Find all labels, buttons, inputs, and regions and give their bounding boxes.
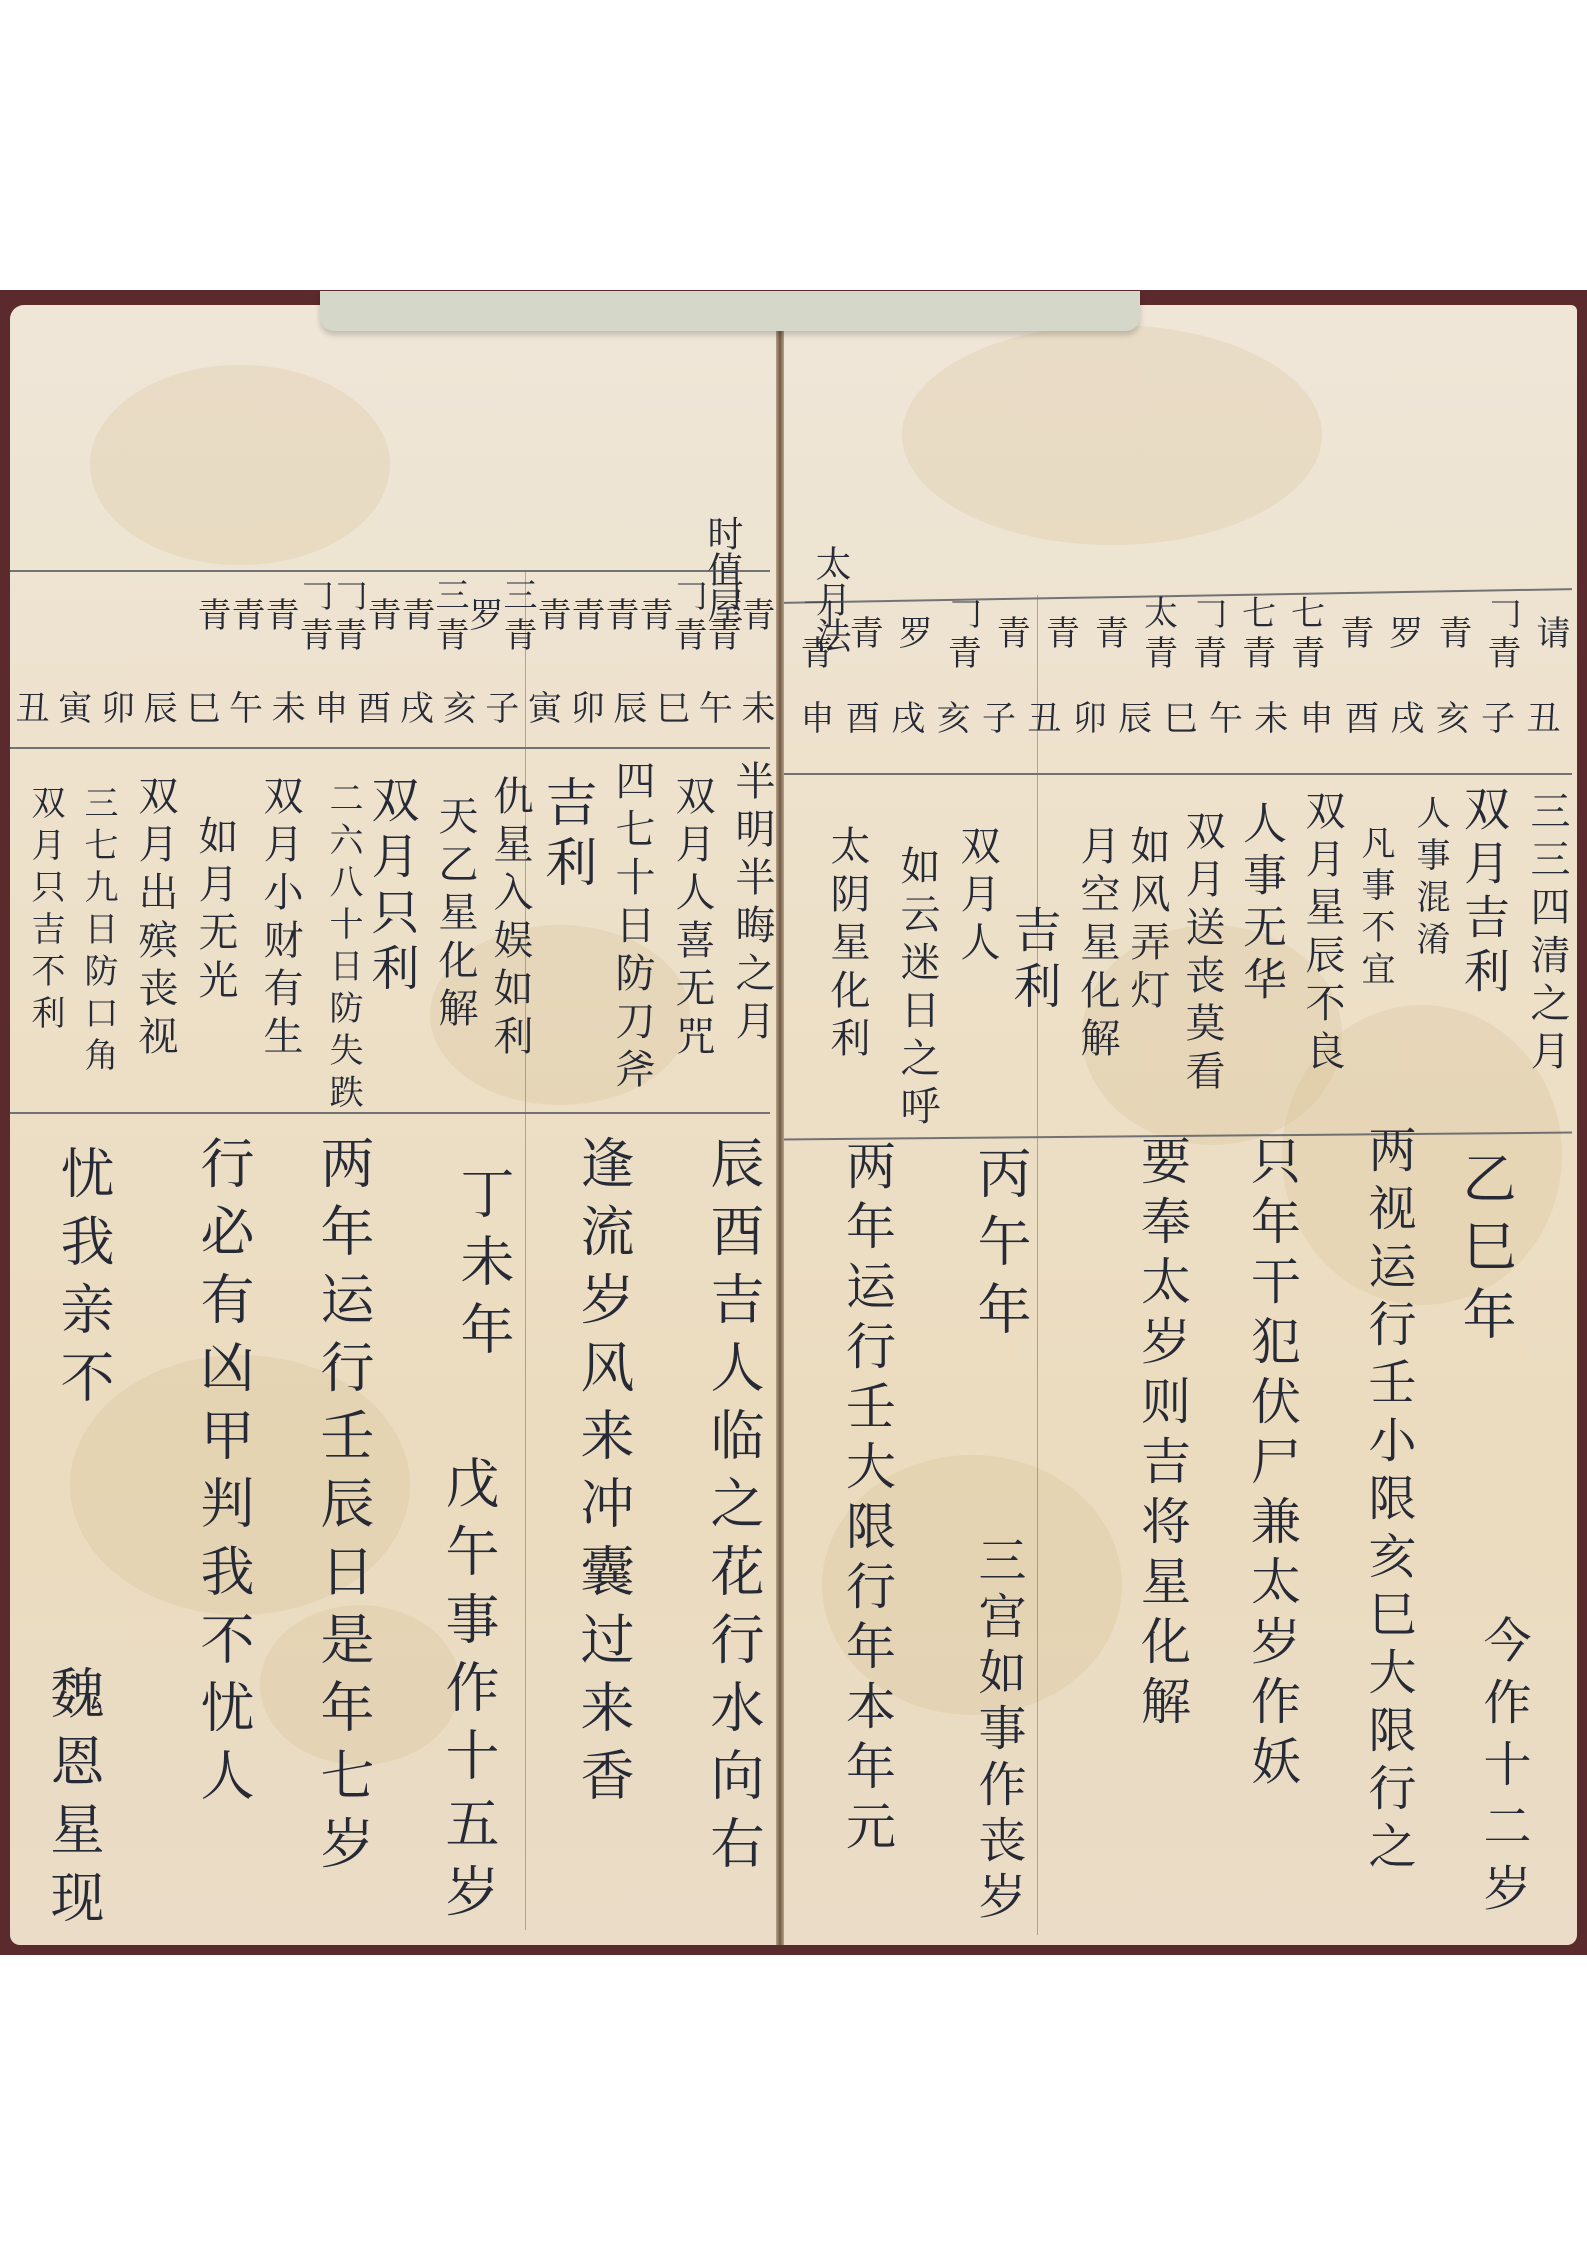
main-column: 魏恩星现 [46,1665,100,1937]
left-page: 时值屋 青𠃌青𠃌青青青青青三青罗三青青青𠃌青𠃌青青青青 未午巳辰卯寅子亥戌酉申未… [10,305,780,1945]
note-column: 双月送丧莫看 [1182,810,1222,1098]
main-column: 今作十二岁 [1479,1615,1527,1925]
main-column: 两年运行壬大限行年本年元 [842,1140,892,1860]
main-column: 逢流岁风来冲囊过来香 [576,1135,630,1815]
note-column: 如风弄灯 [1127,825,1167,1017]
note-column: 人事无华 [1238,800,1282,1008]
main-column: 丁未年 [456,1165,510,1369]
main-column: 行必有凶甲判我不忧人 [196,1135,250,1815]
note-column: 如云迷日之呼 [897,845,937,1133]
main-column: 戊午事作十五岁 [441,1455,495,1931]
note-column: 人事混淆 [1413,795,1447,963]
left-header-branches: 未午巳辰卯寅子亥戌酉申未午巳辰卯寅丑 [12,690,772,730]
header-top-rule [10,570,770,572]
note-column: 如月无光 [195,815,235,1007]
note-column: 仇星入娱如利 [490,775,530,1063]
left-header-stems: 青𠃌青𠃌青青青青青三青罗三青青青𠃌青𠃌青青青青 [12,577,772,657]
right-header-stems: 请𠃌青青罗青七青七青𠃌青太青青青青𠃌青罗青𠃌青 [797,595,1567,675]
column-divider [1037,595,1038,1935]
right-page: 太月法 请𠃌青青罗青七青七青𠃌青太青青青青𠃌青罗青𠃌青 丑子亥戌酉申未午巳辰卯丑… [782,305,1577,1945]
note-column: 双月只吉不利 [28,785,62,1037]
bookmark-strip [320,291,1140,331]
note-column: 双月只利 [367,775,415,999]
note-column: 二六八十日防失跌 [326,780,360,1116]
note-column: 月空星化解 [1077,825,1117,1065]
note-column: 三三四清之月 [1527,790,1567,1078]
note-column: 双月人 [957,825,997,969]
note-column: 四七十日防刀斧 [612,760,652,1096]
column-divider [525,570,526,1930]
book-spine [776,305,784,1945]
main-column: 两视运行壬小限亥巳大限行之 [1364,1125,1412,1879]
note-column: 双月人喜无咒 [672,775,712,1063]
note-column: 太阴星化利 [827,825,867,1065]
note-column: 凡事不宜 [1358,825,1392,993]
main-column: 要奉太岁则吉将星化解 [1137,1135,1187,1735]
main-column: 忧我亲不 [56,1145,110,1417]
note-column: 双月星辰不良 [1302,790,1342,1078]
main-column: 丙午年 [973,1145,1027,1349]
note-column: 吉利 [1009,905,1057,1017]
note-column: 三七九日防口角 [81,785,115,1079]
note-column: 双月吉利 [1461,785,1507,1001]
note-column: 半明半晦之月 [732,760,772,1048]
main-column: 三宫如事作丧岁 [974,1535,1022,1927]
main-column: 辰酉吉人临之花行水向右 [706,1135,760,1883]
main-column: 只年干犯伏尸兼太岁作妖 [1247,1135,1297,1795]
note-column: 双月小财有生 [260,775,300,1063]
note-column: 吉利 [540,775,592,895]
main-column: 两年运行壬辰日是年七岁 [316,1135,370,1883]
main-column: 乙巳年 [1458,1150,1512,1354]
header-bottom-rule [782,773,1572,775]
note-column: 天乙星化解 [435,795,475,1035]
note-column: 双月出殡丧视 [135,775,175,1063]
notes-bottom-rule [10,1112,770,1114]
right-header-branches: 丑子亥戌酉申未午巳辰卯丑子亥戌酉申 [797,700,1557,740]
header-bottom-rule [10,747,770,749]
